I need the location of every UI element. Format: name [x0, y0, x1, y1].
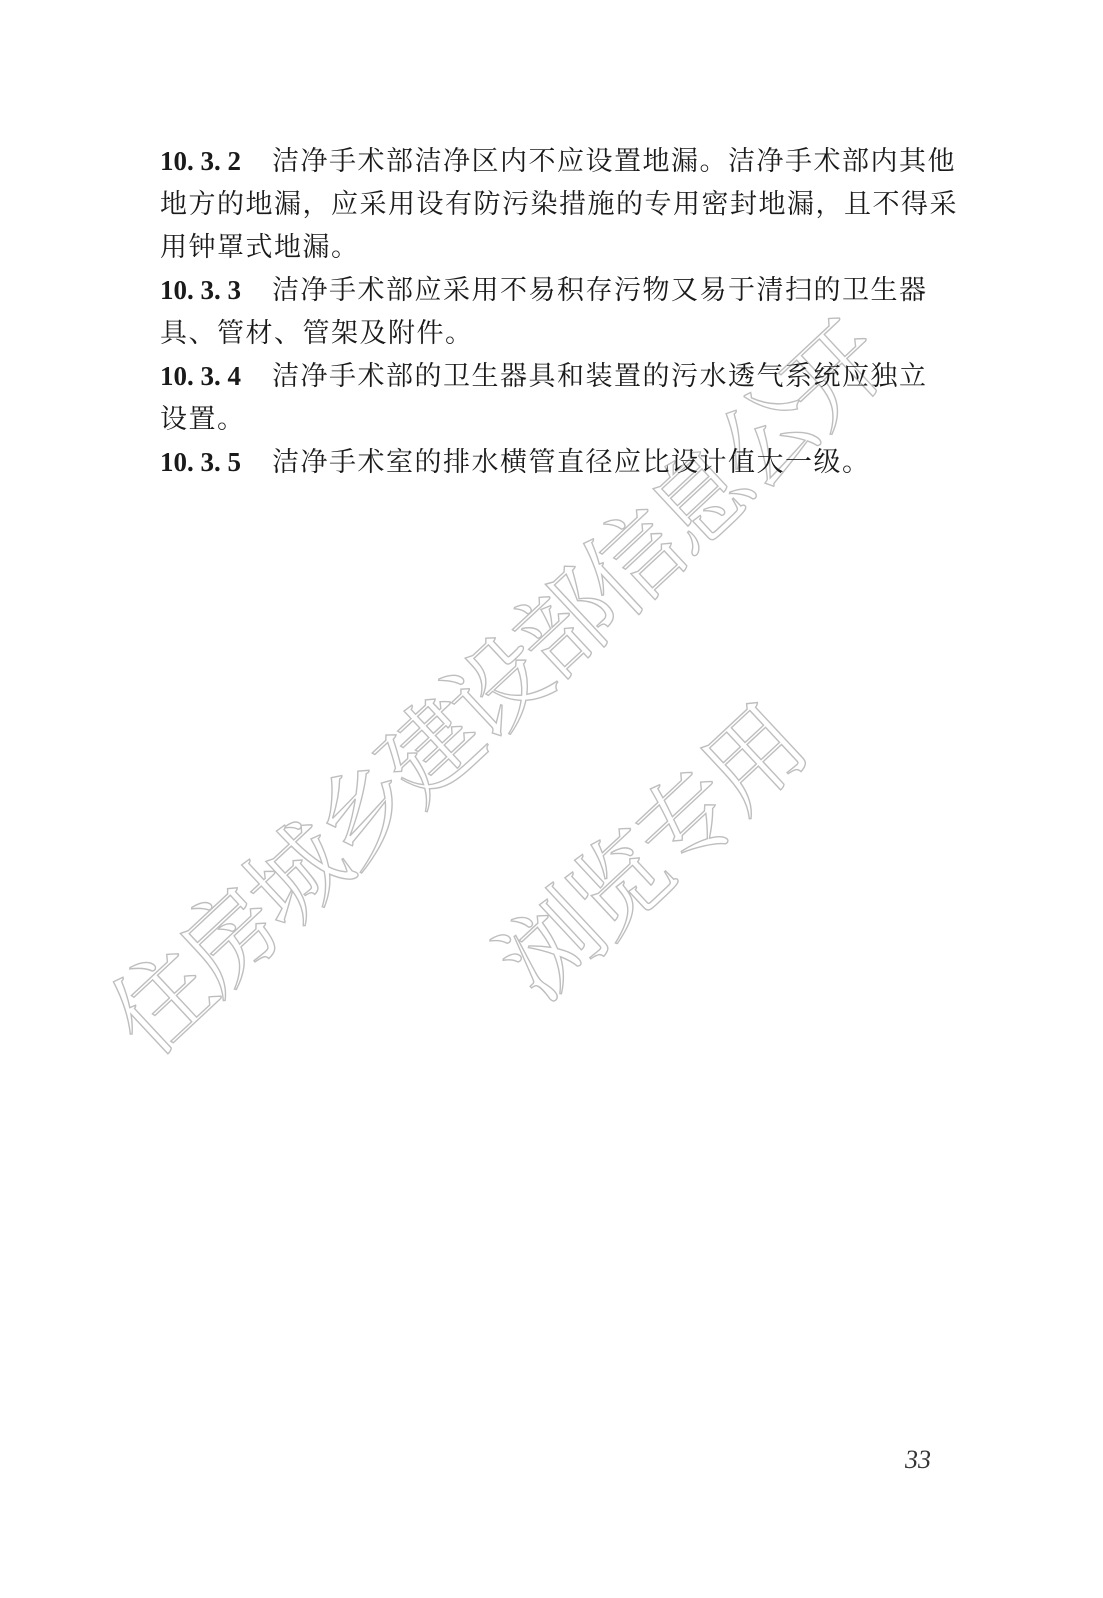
clause-text: 用钟罩式地漏。 [160, 232, 360, 263]
clause-text: 地方的地漏，应采用设有防污染措施的专用密封地漏，且不得采 [160, 189, 958, 220]
clause-number: 10. 3. 2 [160, 140, 272, 183]
document-page: 住房城乡建设部信息公开 浏览专用 10. 3. 2洁净手术部洁净区内不应设置地漏… [0, 0, 1103, 1598]
clause-text: 洁净手术部应采用不易积存污物又易于清扫的卫生器 [272, 275, 928, 306]
clause-text: 设置。 [160, 404, 246, 435]
clause-text: 具、管材、管架及附件。 [160, 318, 474, 349]
clause-line: 10. 3. 5洁净手术室的排水横管直径应比设计值大一级。 [160, 441, 968, 484]
clause-line: 10. 3. 4洁净手术部的卫生器具和装置的污水透气系统应独立 [160, 355, 968, 398]
clause-line: 具、管材、管架及附件。 [160, 312, 968, 355]
clause-line: 地方的地漏，应采用设有防污染措施的专用密封地漏，且不得采 [160, 183, 968, 226]
clause-10-3-4: 10. 3. 4洁净手术部的卫生器具和装置的污水透气系统应独立 设置。 [160, 355, 968, 441]
clause-text: 洁净手术部洁净区内不应设置地漏。洁净手术部内其他 [272, 146, 956, 177]
clause-number: 10. 3. 5 [160, 441, 272, 484]
clause-line: 10. 3. 2洁净手术部洁净区内不应设置地漏。洁净手术部内其他 [160, 140, 968, 183]
clause-10-3-5: 10. 3. 5洁净手术室的排水横管直径应比设计值大一级。 [160, 441, 968, 484]
clause-line: 10. 3. 3洁净手术部应采用不易积存污物又易于清扫的卫生器 [160, 269, 968, 312]
clause-line: 用钟罩式地漏。 [160, 226, 968, 269]
clause-line: 设置。 [160, 398, 968, 441]
clause-number: 10. 3. 3 [160, 269, 272, 312]
clause-text: 洁净手术部的卫生器具和装置的污水透气系统应独立 [272, 361, 928, 392]
clause-number: 10. 3. 4 [160, 355, 272, 398]
page-number: 33 [905, 1445, 931, 1475]
clause-10-3-2: 10. 3. 2洁净手术部洁净区内不应设置地漏。洁净手术部内其他 地方的地漏，应… [160, 140, 968, 269]
clause-10-3-3: 10. 3. 3洁净手术部应采用不易积存污物又易于清扫的卫生器 具、管材、管架及… [160, 269, 968, 355]
watermark-line-2: 浏览专用 [464, 672, 829, 1026]
page-body: 10. 3. 2洁净手术部洁净区内不应设置地漏。洁净手术部内其他 地方的地漏，应… [160, 140, 968, 484]
clause-text: 洁净手术室的排水横管直径应比设计值大一级。 [272, 447, 871, 478]
